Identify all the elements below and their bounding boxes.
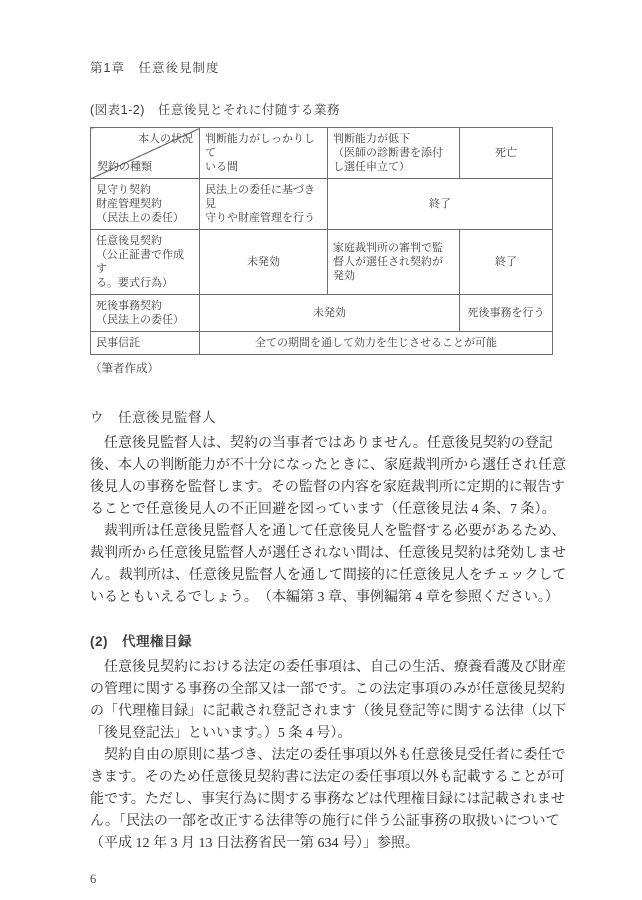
table-corner-cell: 本人の状況 契約の種類 — [91, 128, 200, 179]
table-header-row: 本人の状況 契約の種類 判断能力がしっかりして いる間 判断能力が低下 （医師の… — [91, 128, 553, 179]
body-line: 任意後見監督人は、契約の当事者ではありません。任意後見契約の登記 — [90, 433, 553, 455]
body-paragraph: 任意後見契約における法定の委任事項は、自己の生活、療養看護及び財産 の管理に関す… — [90, 657, 553, 855]
body-line: 任意後見契約における法定の委任事項は、自己の生活、療養看護及び財産 — [90, 657, 553, 679]
table-cell: 全ての期間を通して効力を生じさせることが可能 — [200, 332, 553, 355]
row-header-cell: 民事信託 — [91, 332, 200, 355]
body-line: 裁判所は任意後見監督人を通して任意後見人を監督する必要があるため、 — [90, 521, 553, 543]
column-header: 判断能力がしっかりして いる間 — [200, 128, 328, 179]
column-header: 判断能力が低下 （医師の診断書を添付 し選任申立て） — [328, 128, 460, 179]
table-row: 民事信託 全ての期間を通して効力を生じさせることが可能 — [91, 332, 553, 355]
table-cell: 未発効 — [200, 295, 460, 332]
section-heading: (2) 代理権目録 — [90, 630, 553, 650]
line-left-text: いるともいえるでしょう。 — [90, 587, 258, 609]
body-line: ん。裁判所は、任意後見監督人を通して間接的に任意後見人をチェックして — [90, 565, 553, 587]
table-cell: 終了 — [328, 179, 553, 230]
body-line: （平成 12 年 3 月 13 日法務省民一第 634 号）」参照。 — [90, 833, 553, 855]
table-row: 見守り契約 財産管理契約 （民法上の委任） 民法上の委任に基づき見 守りや財産管… — [91, 179, 553, 230]
table-cell: 未発効 — [200, 230, 328, 295]
table-row: 死後事務契約 （民法上の委任） 未発効 死後事務を行う — [91, 295, 553, 332]
table-cell: 民法上の委任に基づき見 守りや財産管理を行う — [200, 179, 328, 230]
body-line: きます。そのため任意後見契約書に法定の委任事項以外も記載することが可 — [90, 767, 553, 789]
section-power-of-attorney-list: (2) 代理権目録 任意後見契約における法定の委任事項は、自己の生活、療養看護及… — [90, 630, 553, 855]
body-line: の「代理権目録」に記載され登記されます（後見登記等に関する法律（以下 — [90, 701, 553, 723]
row-header-cell: 見守り契約 財産管理契約 （民法上の委任） — [91, 179, 200, 230]
cross-reference-text: （本編第 3 章、事例編第 4 章を参照ください。） — [258, 587, 559, 609]
corner-label-contract-type: 契約の種類 — [97, 160, 152, 174]
page-number: 6 — [90, 872, 553, 887]
table-row: 任意後見契約 （公正証書で作成す る。要式行為） 未発効 家庭裁判所の審判で監 … — [91, 230, 553, 295]
table-cell: 終了 — [460, 230, 553, 295]
section-heading: ウ 任意後見監督人 — [90, 406, 553, 426]
table-cell: 死後事務を行う — [460, 295, 553, 332]
figure-caption: (図表1-2) 任意後見とそれに付随する業務 — [90, 100, 553, 118]
document-page: 第1章 任意後見制度 (図表1-2) 任意後見とそれに付随する業務 本人の状況 … — [0, 0, 642, 900]
corner-label-status: 本人の状況 — [138, 132, 193, 146]
table-source-note: （筆者作成） — [90, 360, 553, 376]
chapter-header: 第1章 任意後見制度 — [90, 58, 553, 76]
body-line: の管理に関する事務の全部又は一部です。この法定事項のみが任意後見契約 — [90, 679, 553, 701]
section-guardian-supervisor: ウ 任意後見監督人 任意後見監督人は、契約の当事者ではありません。任意後見契約の… — [90, 406, 553, 609]
body-line: 後、本人の判断能力が不十分になったときに、家庭裁判所から選任され任意 — [90, 455, 553, 477]
body-line: 後見人の事務を監督します。その監督の内容を家庭裁判所に定期的に報告す — [90, 477, 553, 499]
table-cell: 家庭裁判所の審判で監 督人が選任され契約が 発効 — [328, 230, 460, 295]
column-header: 死亡 — [460, 128, 553, 179]
body-line: ることで任意後見人の不正回避を図っています（任意後見法 4 条、7 条）。 — [90, 499, 553, 521]
body-line: 契約自由の原則に基づき、法定の委任事項以外も任意後見受任者に委任で — [90, 745, 553, 767]
body-line: ん。「民法の一部を改正する法律等の施行に伴う公証事務の取扱いについて — [90, 811, 553, 833]
figure-table: 本人の状況 契約の種類 判断能力がしっかりして いる間 判断能力が低下 （医師の… — [90, 127, 553, 355]
body-line: いるともいえるでしょう。 （本編第 3 章、事例編第 4 章を参照ください。） — [90, 587, 553, 609]
body-line: 裁判所から任意後見監督人が選任されない間は、任意後見契約は発効しませ — [90, 543, 553, 565]
body-line: 「後見登記法」といいます。）5 条 4 号）。 — [90, 723, 553, 745]
body-line: 能です。ただし、事実行為に関する事務などは代理権目録には記載されませ — [90, 789, 553, 811]
body-paragraph: 任意後見監督人は、契約の当事者ではありません。任意後見契約の登記 後、本人の判断… — [90, 433, 553, 609]
row-header-cell: 死後事務契約 （民法上の委任） — [91, 295, 200, 332]
row-header-cell: 任意後見契約 （公正証書で作成す る。要式行為） — [91, 230, 200, 295]
